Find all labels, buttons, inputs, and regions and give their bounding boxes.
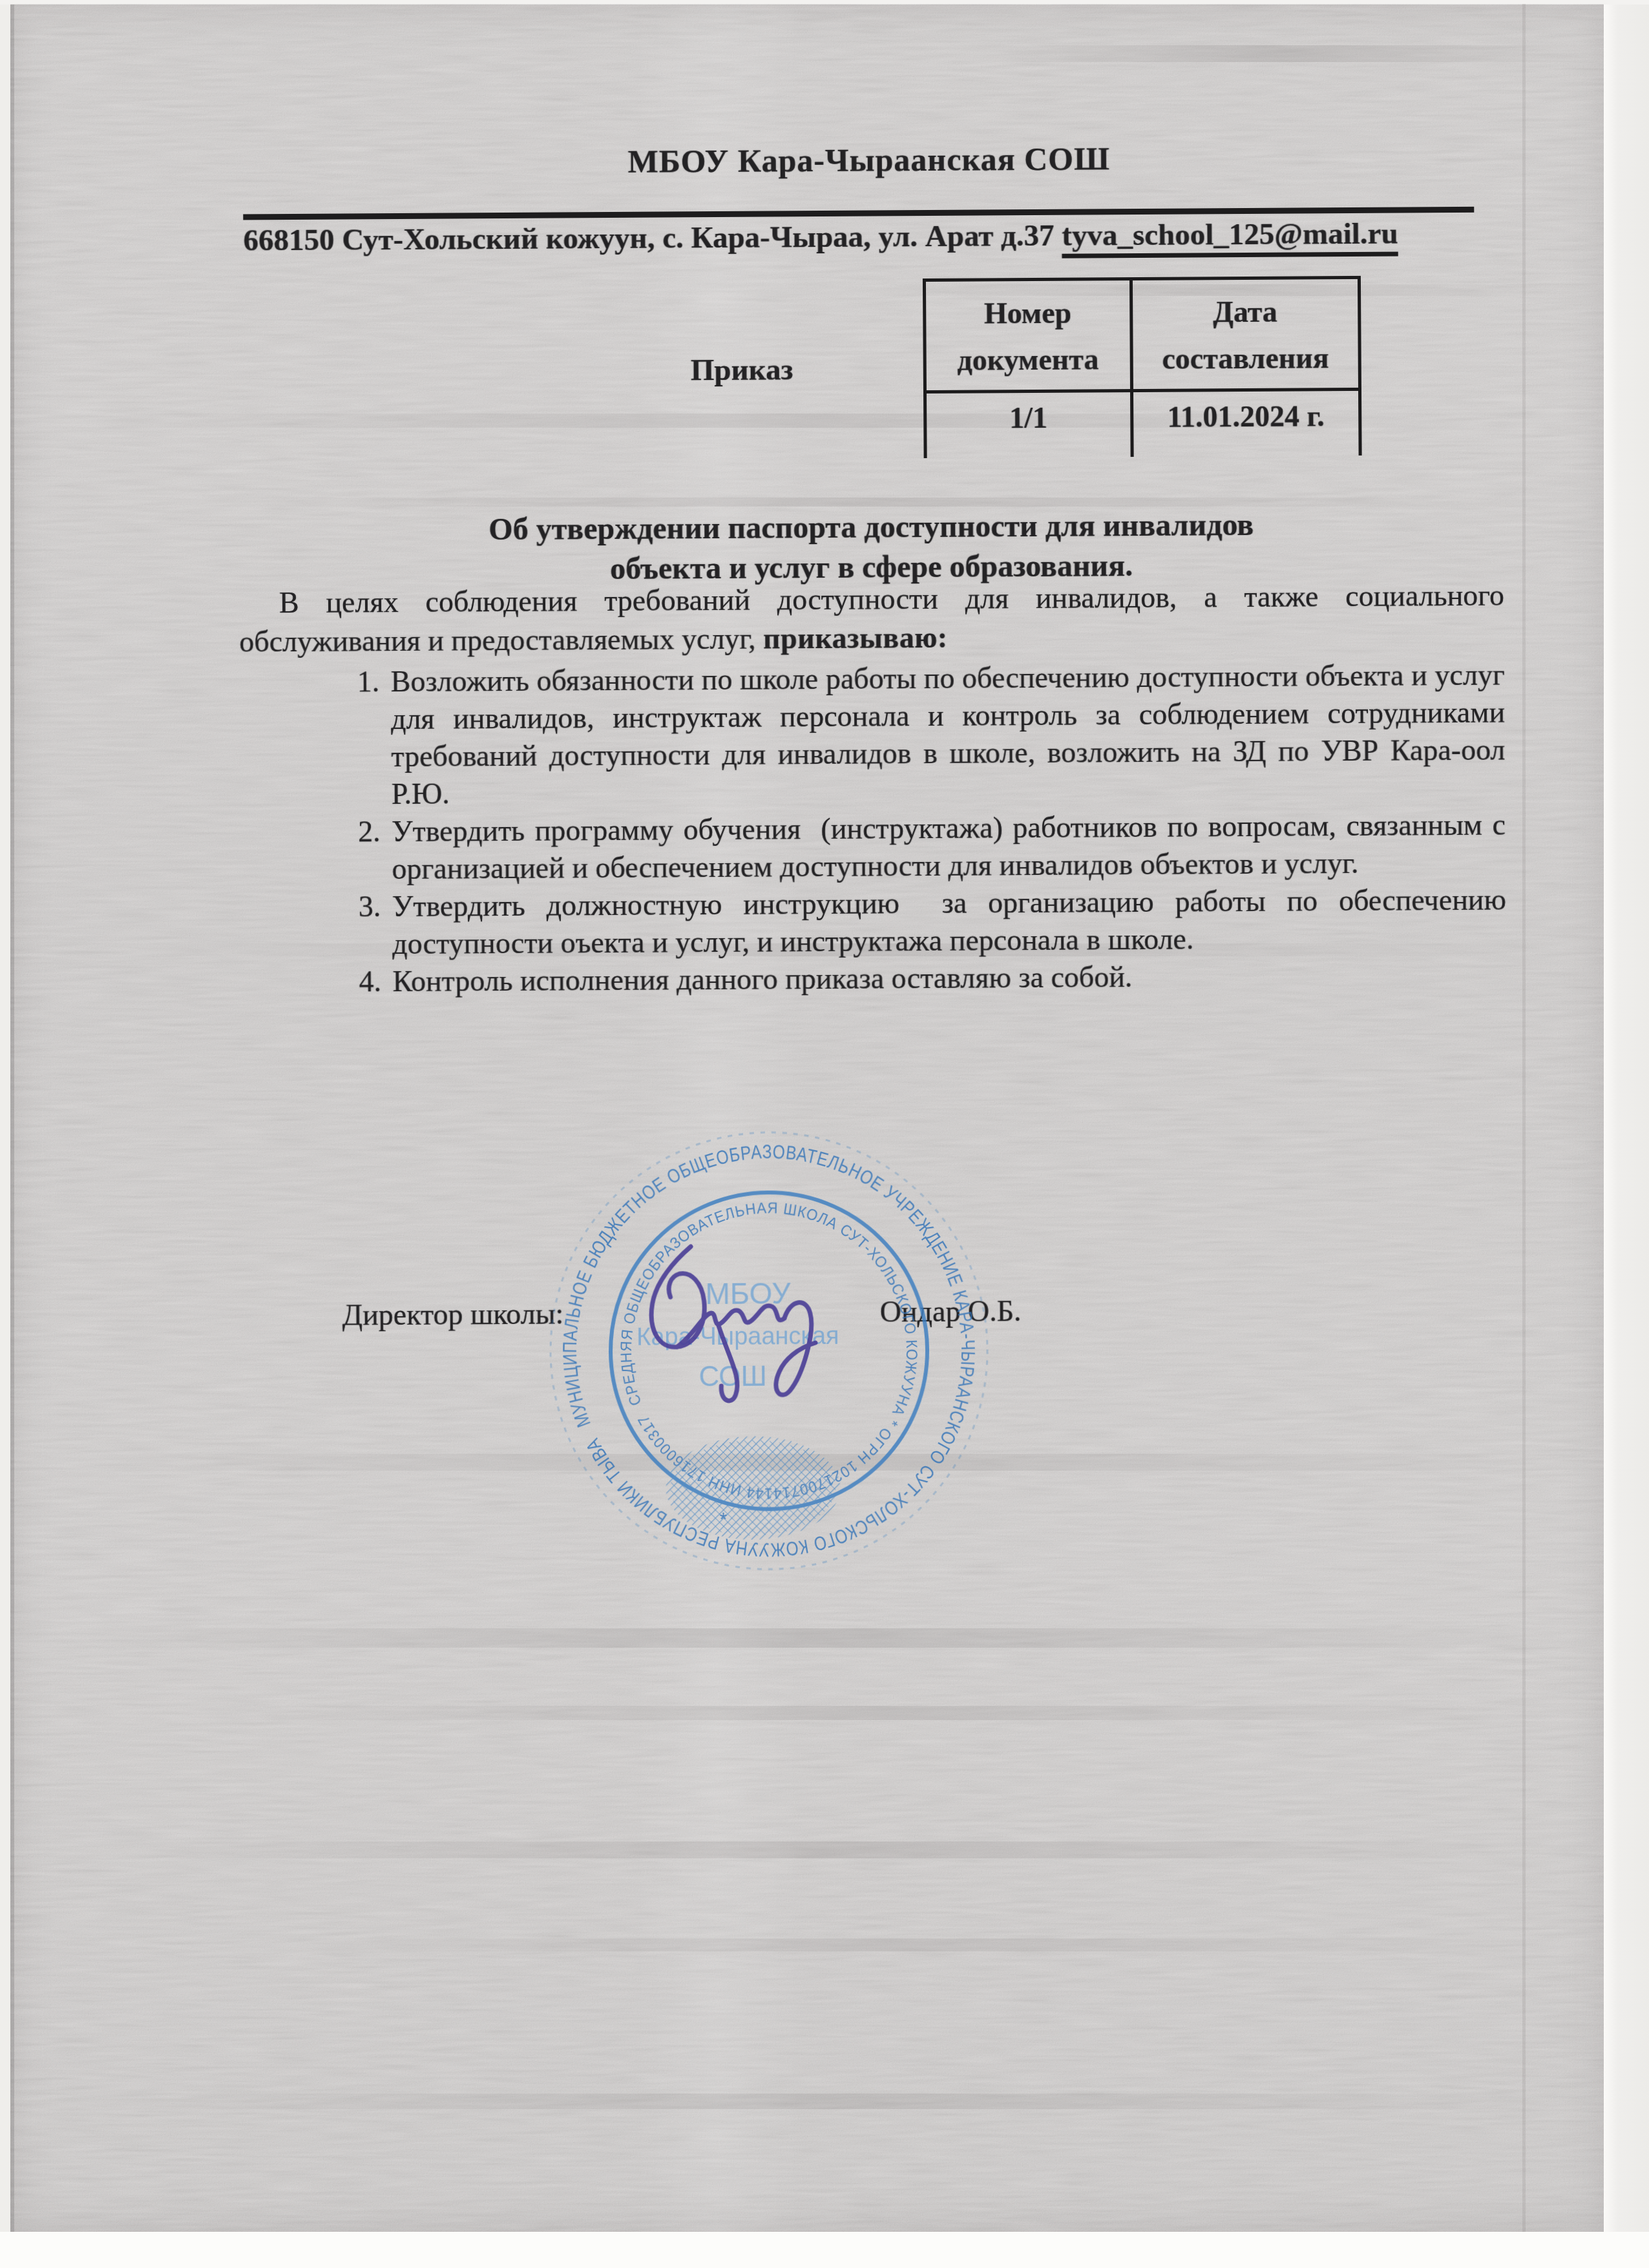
order-preamble: В целях соблюдения требований доступност… xyxy=(239,576,1505,662)
stamp-star-icon: * xyxy=(720,1509,728,1530)
order-item-1: Возложить обязанности по школе работы по… xyxy=(387,656,1506,814)
school-name-header: МБОУ Кара-Чыраанская СОШ xyxy=(236,138,1502,182)
table-value-row: 1/1 11.01.2024 г. xyxy=(923,391,1362,458)
preamble-keyword: приказываю: xyxy=(763,621,948,655)
address-text: 668150 Сут-Хольский кожуун, с. Кара-Чыра… xyxy=(243,219,1062,258)
order-item-4: Контроль исполнения данного приказа оста… xyxy=(388,956,1506,1001)
director-handwritten-signature xyxy=(614,1221,861,1429)
document-content: МБОУ Кара-Чыраанская СОШ 668150 Сут-Холь… xyxy=(0,0,1649,2268)
table-header-row: Номер документа Дата составления xyxy=(923,276,1361,394)
table-header-number: Номер документа xyxy=(926,280,1133,390)
school-email-link[interactable]: tyva_school_125@mail.ru xyxy=(1062,217,1398,253)
table-header-date: Дата составления xyxy=(1133,279,1358,389)
signature-strokes xyxy=(651,1246,815,1401)
order-type-label: Приказ xyxy=(691,352,793,388)
document-number-value: 1/1 xyxy=(927,392,1133,458)
document-date-value: 11.01.2024 г. xyxy=(1133,391,1359,457)
order-item-2: Утвердить программу обучения (инструктаж… xyxy=(388,806,1506,888)
order-item-3: Утвердить должностную инструкцию за орга… xyxy=(388,881,1507,963)
scanned-order-document: МБОУ Кара-Чыраанская СОШ 668150 Сут-Холь… xyxy=(0,0,1649,2268)
order-meta-table: Номер документа Дата составления 1/1 11.… xyxy=(923,276,1362,458)
order-items-list: Возложить обязанности по школе работы по… xyxy=(240,656,1507,1002)
address-line: 668150 Сут-Хольский кожуун, с. Кара-Чыра… xyxy=(243,214,1535,259)
